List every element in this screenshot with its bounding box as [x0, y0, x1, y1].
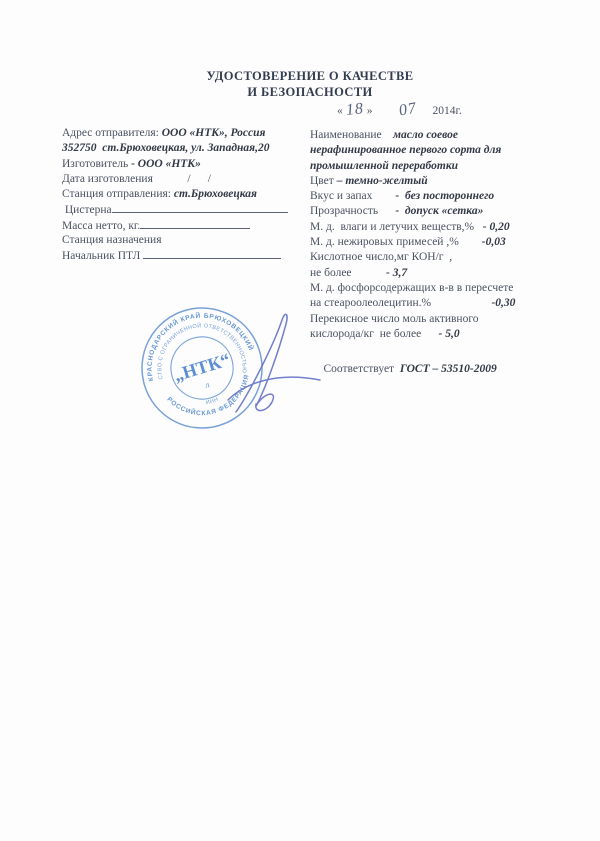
sender-address-line: Адрес отправителя: ООО «НТК», Россия	[62, 126, 308, 141]
product-name-line-3: промышленной переработки	[310, 159, 588, 174]
moisture-line: М. д. влаги и летучих веществ,% - 0,20	[310, 220, 588, 235]
transparency-value: - допуск «сетка»	[395, 205, 483, 217]
date-year: 2014г.	[433, 105, 462, 117]
color-label: Цвет	[310, 175, 337, 187]
phosphorus-label: М. д. фосфорсодержащих в-в в пересчете	[310, 282, 513, 294]
tank-label: Цистерна	[62, 204, 112, 216]
impurities-value: -0,03	[482, 236, 506, 248]
stamp-inn-text: ИНН	[205, 396, 220, 406]
shipment-details-column: Адрес отправителя: ООО «НТК», Россия 352…	[62, 126, 308, 264]
gost-label: Соответствует	[324, 363, 400, 375]
document-title: УДОСТОВЕРЕНИЕ О КАЧЕСТВЕ И БЕЗОПАСНОСТИ	[10, 68, 600, 100]
date-close-quote: »	[367, 105, 373, 117]
tank-line: Цистерна	[62, 202, 308, 217]
phosphorus-line-2: на стеароолеолецитин.% -0,30	[310, 296, 588, 311]
manufacture-date-label: Дата изготовления / /	[62, 173, 211, 185]
phosphorus-value: -0,30	[491, 297, 515, 309]
manufacturer-line: Изготовитель - ООО «НТК»	[62, 157, 308, 172]
peroxide-line-2: кислорода/кг не более - 5,0	[310, 327, 588, 342]
impurities-line: М. д. нежировых примесей ,% -0,03	[310, 235, 588, 250]
gost-compliance-line: Соответствует ГОСТ – 53510-2009	[312, 351, 497, 387]
signature-stroke-loop	[256, 394, 274, 410]
peroxide-max-label: кислорода/кг не более	[310, 328, 439, 340]
signature-graphic	[222, 300, 327, 425]
gost-value: ГОСТ – 53510-2009	[400, 363, 497, 375]
product-name-value-3: промышленной переработки	[310, 160, 458, 172]
title-line-2: И БЕЗОПАСНОСТИ	[10, 84, 600, 100]
color-value: – темно-желтый	[337, 175, 428, 187]
stamp-center-sub-text: л	[204, 379, 212, 390]
acid-number-label: Кислотное число,мг КОН/г ,	[310, 251, 452, 263]
product-details-column: Наименование масло соевое нерафинированн…	[310, 128, 588, 342]
sender-address-value: ООО «НТК», Россия	[162, 127, 266, 139]
handwritten-month: 07	[397, 100, 418, 121]
date-line: « 18 » 07 2014г.	[337, 101, 462, 119]
impurities-label: М. д. нежировых примесей ,%	[310, 236, 482, 248]
sender-address-line-2: 352750 ст.Брюховецкая, ул. Западная,20	[62, 141, 308, 156]
svg-text:ИНН: ИНН	[205, 396, 220, 406]
manufacture-date-line: Дата изготовления / /	[62, 172, 308, 187]
certificate-page: УДОСТОВЕРЕНИЕ О КАЧЕСТВЕ И БЕЗОПАСНОСТИ …	[0, 0, 600, 841]
product-name-value-2: нерафинированное первого сорта для	[310, 144, 501, 156]
manufacturer-label: Изготовитель	[62, 158, 131, 170]
acid-number-max-label: не более	[310, 267, 386, 279]
title-line-1: УДОСТОВЕРЕНИЕ О КАЧЕСТВЕ	[10, 68, 600, 84]
lab-chief-label: Начальник ПТЛ	[62, 250, 143, 262]
taste-smell-label: Вкус и запах	[310, 190, 395, 202]
product-name-value: масло соевое	[393, 129, 458, 141]
phosphorus-line: М. д. фосфорсодержащих в-в в пересчете	[310, 281, 588, 296]
product-name-line-2: нерафинированное первого сорта для	[310, 143, 588, 158]
acid-number-value: - 3,7	[386, 267, 407, 279]
moisture-label: М. д. влаги и летучих веществ,%	[310, 221, 483, 233]
net-weight-blank-underline	[140, 218, 250, 229]
product-name-label: Наименование	[310, 129, 393, 141]
handwritten-day: 18	[345, 100, 365, 120]
acid-number-line-2: не более - 3,7	[310, 266, 588, 281]
transparency-label: Прозрачность	[310, 205, 395, 217]
sender-address-label: Адрес отправителя:	[62, 127, 162, 139]
net-weight-line: Масса нетто, кг.	[62, 218, 308, 233]
lab-chief-line: Начальник ПТЛ	[62, 248, 308, 263]
transparency-line: Прозрачность - допуск «сетка»	[310, 204, 588, 219]
net-weight-label: Масса нетто, кг.	[62, 220, 140, 232]
lab-chief-blank-underline	[143, 248, 281, 259]
peroxide-line: Перекисное число моль активного	[310, 312, 588, 327]
peroxide-label: Перекисное число моль активного	[310, 313, 479, 325]
product-name-line: Наименование масло соевое	[310, 128, 588, 143]
taste-smell-value: - без постороннего	[395, 190, 494, 202]
acid-number-line: Кислотное число,мг КОН/г ,	[310, 250, 588, 265]
peroxide-value: - 5,0	[439, 328, 460, 340]
manufacturer-value: - ООО «НТК»	[131, 158, 201, 170]
destination-station-label: Станция назначения	[62, 234, 162, 246]
tank-blank-underline	[112, 202, 288, 213]
signature-stroke-main	[236, 314, 287, 412]
departure-station-line: Станция отправления: ст.Брюховецкая	[62, 187, 308, 202]
moisture-value: - 0,20	[483, 221, 510, 233]
sender-address-value-2: 352750 ст.Брюховецкая, ул. Западная,20	[62, 142, 269, 154]
signature	[222, 300, 327, 425]
date-open-quote: «	[337, 105, 343, 117]
destination-station-line: Станция назначения	[62, 233, 308, 248]
color-line: Цвет – темно-желтый	[310, 174, 588, 189]
departure-station-label: Станция отправления:	[62, 188, 174, 200]
taste-smell-line: Вкус и запах - без постороннего	[310, 189, 588, 204]
phosphorus-label-2: на стеароолеолецитин.%	[310, 297, 491, 309]
departure-station-value: ст.Брюховецкая	[174, 188, 257, 200]
